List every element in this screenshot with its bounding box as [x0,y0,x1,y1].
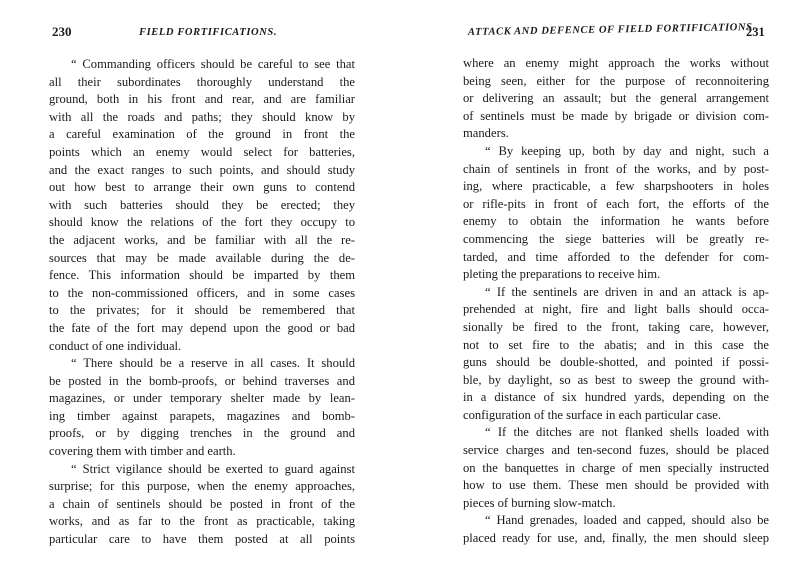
text-line: the fate of the fort may depend upon the… [49,320,355,338]
text-line: “ Strict vigilance should be exerted to … [49,461,355,479]
text-line: with such batteries should they be erect… [49,197,355,215]
paragraph: “ Hand grenades, loaded and capped, shou… [463,512,769,547]
text-line: being seen, either for the purpose of re… [463,73,769,91]
text-line: or rifle-pits in front of each fort, the… [463,196,769,214]
text-line: commencing the siege batteries will be g… [463,231,769,249]
text-line: placed ready for use, and, finally, the … [463,530,769,548]
text-line: all their subordinates thoroughly unders… [49,74,355,92]
text-line: with all the roads and paths; they shoul… [49,109,355,127]
text-line: magazines, or under temporary shelter ma… [49,390,355,408]
text-line: points which an enemy would select for b… [49,144,355,162]
text-line: surprise; for this purpose, when the ene… [49,478,355,496]
text-line: particular care to have them posted at a… [49,531,355,549]
text-line: and the exact ranges to such points, and… [49,162,355,180]
text-line: should know the relations of the fort th… [49,214,355,232]
paragraph: where an enemy might approach the works … [463,55,769,143]
text-line: pieces of burning slow-match. [463,495,769,513]
text-line: a chain of sentinels should be posted in… [49,496,355,514]
text-line: a careful examination of the ground in f… [49,126,355,144]
body-text: where an enemy might approach the works … [463,55,769,548]
text-line: pleting the preparations to receive him. [463,266,769,284]
text-line: how to use them. These men should be pro… [463,477,769,495]
text-line: be posted in the bomb-proofs, or behind … [49,373,355,391]
text-line: covering them with timber and earth. [49,443,355,461]
text-line: or delivering an assault; but the genera… [463,90,769,108]
text-line: ing timber against parapets, magazines a… [49,408,355,426]
paragraph: “ By keeping up, both by day and night, … [463,143,769,284]
paragraph: “ If the sentinels are driven in and an … [463,284,769,425]
text-line: chain of sentinels in front of the works… [463,161,769,179]
text-line: guns should be double-shotted, and point… [463,354,769,372]
text-line: enemy to obtain the information he wants… [463,213,769,231]
paragraph: “ Strict vigilance should be exerted to … [49,461,355,549]
paragraph: “ If the ditches are not flanked shells … [463,424,769,512]
text-line: ing, where practicable, a few sharpshoot… [463,178,769,196]
page-number: 230 [52,24,72,40]
text-line: where an enemy might approach the works … [463,55,769,73]
paragraph: “ Commanding officers should be careful … [49,56,355,355]
text-line: the adjacent works, and be familiar with… [49,232,355,250]
text-line: ble, by daylight, so as best to sweep th… [463,372,769,390]
running-head: ATTACK AND DEFENCE OF FIELD FORTIFICATIO… [468,22,756,38]
text-line: “ Commanding officers should be careful … [49,56,355,74]
left-page: 230 FIELD FORTIFICATIONS. “ Commanding o… [0,0,405,584]
text-line: “ Hand grenades, loaded and capped, shou… [463,512,769,530]
body-text: “ Commanding officers should be careful … [49,56,355,549]
text-line: sources that may be made available durin… [49,250,355,268]
text-line: not to set fire to the abatis; and in th… [463,337,769,355]
text-line: to the non-commissioned officers, and in… [49,285,355,303]
text-line: of sentinels must be made by brigade or … [463,108,769,126]
right-page: ATTACK AND DEFENCE OF FIELD FORTIFICATIO… [405,0,810,584]
text-line: proofs, or by digging trenches in the gr… [49,425,355,443]
page-number: 231 [746,25,765,40]
text-line: ground, both in his front and rear, and … [49,91,355,109]
running-head: FIELD FORTIFICATIONS. [139,27,277,38]
text-line: on the banquettes in charge of men speci… [463,460,769,478]
text-line: “ If the ditches are not flanked shells … [463,424,769,442]
text-line: in a distance of six hundred yards, depe… [463,389,769,407]
text-line: to the privates; for it should be rememb… [49,302,355,320]
text-line: works, and as far to the front as practi… [49,513,355,531]
text-line: conduct of one individual. [49,338,355,356]
text-line: configuration of the surface in each par… [463,407,769,425]
text-line: tarded, and time afforded to the defende… [463,249,769,267]
text-line: service charges and ten-second fuzes, sh… [463,442,769,460]
text-line: fence. This information should be impart… [49,267,355,285]
text-line: “ By keeping up, both by day and night, … [463,143,769,161]
text-line: prehended at night, fire and light balls… [463,301,769,319]
text-line: sionally be fired to the front, taking c… [463,319,769,337]
text-line: “ There should be a reserve in all cases… [49,355,355,373]
paragraph: “ There should be a reserve in all cases… [49,355,355,461]
text-line: manders. [463,125,769,143]
text-line: “ If the sentinels are driven in and an … [463,284,769,302]
text-line: out how best to arrange their own guns t… [49,179,355,197]
